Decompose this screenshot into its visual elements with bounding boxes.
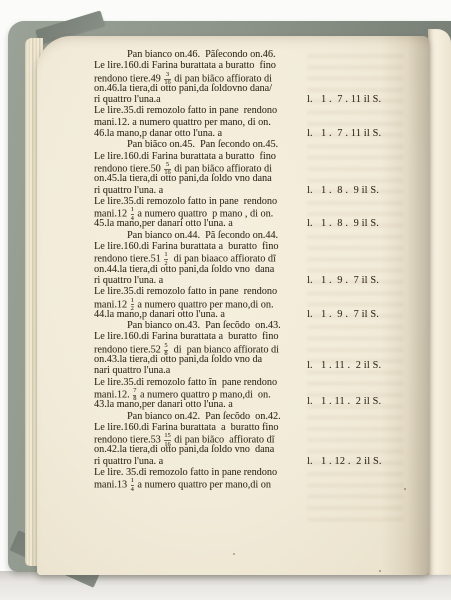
text-line: mani.13 14 a numero quattro per mano,di … [94, 478, 446, 489]
text-line: rendono tiere.49 316 di pan biãco affior… [94, 72, 446, 83]
paper-speck [404, 488, 406, 490]
line-text: Le lire.160.di Farina burattata a buratt… [94, 422, 278, 433]
text-line: Le lire.35.di remozolo fatto in pane ren… [94, 105, 446, 116]
text-line: mani.12 12 a numero quattro per mano,di … [94, 298, 446, 309]
text-line: rendono tiere.51 12 di pan biaaco affior… [94, 252, 446, 263]
text-line: Le lire.160.di Farina burattata a buratt… [94, 422, 446, 433]
line-text: Le lire.35.di remozolo fatto ĩn pane ren… [94, 377, 277, 388]
line-text: on.44.la tiera,di otto pani,da ſoldo vno… [94, 264, 274, 275]
line-text: ri quattro l'una.a [94, 94, 161, 105]
text-line: Le lire.160.di Farina burattata a buratt… [94, 60, 446, 71]
price-value: l. 1 . 9 . 7 il S. [307, 275, 379, 286]
line-text: a numero quattro per mano,di on [135, 480, 271, 491]
text-line: Le lire.160.di Farina burattata a buratt… [94, 241, 446, 252]
price-value: l. 1 . 7 . 11 il S. [307, 94, 381, 105]
price-value: l. 1 . 12 . 2 il S. [307, 456, 382, 467]
text-line: ri quattro l'una. al. 1 . 9 . 7 il S. [94, 275, 446, 286]
line-text: Le lire. 35.di remozolo fatto in pane re… [94, 467, 277, 478]
text-line: on.46.la tiera,di otto pani,da ſoldovno … [94, 83, 446, 94]
line-text: Le lire.160.di Farina burattata a buratt… [94, 151, 276, 162]
text-line: Le lire.160.di Farina burattata a buratt… [94, 331, 446, 342]
line-text: ri quattro l'una. a [94, 185, 163, 196]
section-header-line: Pan bianco on.44. Pã ſecondo on.44. [94, 230, 446, 241]
text-line: Le lire.35.di remozolo fatto in pane ren… [94, 196, 446, 207]
fraction: 14 [131, 478, 134, 493]
price-value: l. 1 . 11 . 2 il S. [307, 396, 381, 407]
paper-speck [233, 553, 235, 555]
text-line: on.44.la tiera,di otto pani,da ſoldo vno… [94, 264, 446, 275]
line-text: on.45.la tiera,di otto pani,da ſoldo vno… [94, 173, 272, 184]
text-line: ri quattro l'una.al. 1 . 7 . 11 il S. [94, 94, 446, 105]
price-value: l. 1 . 11 . 2 il S. [307, 360, 381, 371]
text-line: 44.la mano,p danari otto l'una. al. 1 . … [94, 309, 446, 320]
text-line: 46.la mano,p danar otto l'una. al. 1 . 7… [94, 128, 446, 139]
price-value: l. 1 . 8 . 9 il S. [307, 218, 379, 229]
book-page: Pan bianco on.46. Pãſecondo on.46.Le lir… [37, 36, 429, 575]
text-block: Pan bianco on.46. Pãſecondo on.46.Le lir… [94, 49, 446, 490]
line-text: 43.la mano,per danari otto l'una. a [94, 399, 233, 410]
text-line: on.42.la tiera,di otto pani,da ſoldo vno… [94, 444, 446, 455]
line-text: 44.la mano,p danari otto l'una. a [94, 309, 225, 320]
text-line: on.43.la tiera,di otto pani,da ſoldo vno… [94, 354, 446, 365]
line-text: Le lire.35.di remozolo fatto in pane ren… [94, 286, 277, 297]
text-line: nari quattro l'una.al. 1 . 11 . 2 il S. [94, 365, 446, 376]
line-text: Pan bianco on.42. Pan ſecõdo on.42. [127, 411, 281, 422]
text-line: Le lire.160.di Farina burattata a buratt… [94, 151, 446, 162]
price-value: l. 1 . 9 . 7 il S. [307, 309, 379, 320]
book-photo: Pan bianco on.46. Pãſecondo on.46.Le lir… [0, 0, 451, 600]
line-text: Le lire.35.di remozolo fatto in pane ren… [94, 196, 277, 207]
line-text: Pan bianco on.46. Pãſecondo on.46. [127, 49, 276, 60]
price-value: l. 1 . 7 . 11 il S. [307, 128, 381, 139]
text-line: Le lire. 35.di remozolo fatto in pane re… [94, 467, 446, 478]
line-text: nari quattro l'una.a [94, 365, 170, 376]
section-header-line: Pan biãco on.45. Pan ſecondo on.45. [94, 139, 446, 150]
line-text: mani.13 [94, 480, 130, 491]
paper-speck [379, 570, 381, 572]
text-line: mani.12 14 a numero quattro p mano , di … [94, 207, 446, 218]
line-text: 45.la mano,per danari otto l'una. a [94, 218, 233, 229]
line-text: 46.la mano,p danar otto l'una. a [94, 128, 222, 139]
text-line: rendono tiere.50 516 di pan biãco affior… [94, 162, 446, 173]
section-header-line: Pan bianco on.43. Pan ſecõdo on.43. [94, 320, 446, 331]
line-text: Pan biãco on.45. Pan ſecondo on.45. [127, 139, 278, 150]
line-text: Le lire.160.di Farina burattata a buratt… [94, 241, 278, 252]
line-text: on.42.la tiera,di otto pani,da ſoldo vno… [94, 444, 274, 455]
text-line: on.45.la tiera,di otto pani,da ſoldo vno… [94, 173, 446, 184]
line-text: Pan bianco on.43. Pan ſecõdo on.43. [127, 320, 281, 331]
price-value: l. 1 . 8 . 9 il S. [307, 185, 379, 196]
text-line: ri quattro l'una. al. 1 . 8 . 9 il S. [94, 185, 446, 196]
line-text: Le lire.160.di Farina burattata a buratt… [94, 331, 278, 342]
text-line: rendono tiere.52 58 di pan bianco affior… [94, 343, 446, 354]
line-text: Pan bianco on.44. Pã ſecondo on.44. [127, 230, 278, 241]
text-line: mani.12. 78 a numero quattro p mano,di o… [94, 388, 446, 399]
line-text: Le lire.160.di Farina burattata a buratt… [94, 60, 276, 71]
line-text: ri quattro l'una. a [94, 456, 163, 467]
text-line: Le lire.35.di remozolo fatto ĩn pane ren… [94, 377, 446, 388]
text-line: Le lire.35.di remozolo fatto in pane ren… [94, 286, 446, 297]
line-text: ri quattro l'una. a [94, 275, 163, 286]
text-line: mani.12. a numero quattro per mano, di o… [94, 117, 446, 128]
text-line: rendono tiere.53 1516 di pan biãco affio… [94, 433, 446, 444]
text-line: 45.la mano,per danari otto l'una. al. 1 … [94, 218, 446, 229]
line-text: Le lire.35.di remozolo fatto in pane ren… [94, 105, 277, 116]
text-line: ri quattro l'una. al. 1 . 12 . 2 il S. [94, 456, 446, 467]
text-line: 43.la mano,per danari otto l'una. al. 1 … [94, 399, 446, 410]
line-text: mani.12. a numero quattro per mano, di o… [94, 117, 271, 128]
line-text: on.46.la tiera,di otto pani,da ſoldovno … [94, 83, 272, 94]
section-header-line: Pan bianco on.42. Pan ſecõdo on.42. [94, 411, 446, 422]
section-header-line: Pan bianco on.46. Pãſecondo on.46. [94, 49, 446, 60]
line-text: on.43.la tiera,di otto pani,da ſoldo vno… [94, 354, 262, 365]
